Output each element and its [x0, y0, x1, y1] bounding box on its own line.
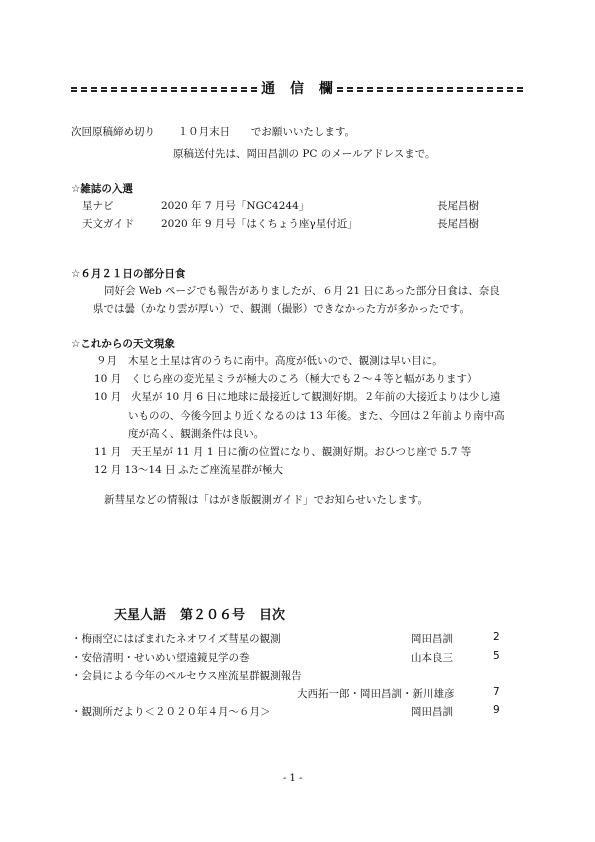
deadline-text: でお願いいたします。 — [251, 126, 355, 138]
submission-address-line: 原稿送付先は、岡田昌訓の PC のメールアドレスまで。 — [173, 147, 436, 161]
magazine-item-0-author: 長尾昌樹 — [437, 199, 479, 213]
phenomenon-1-text: くじら座の変光星ミラが極大のころ（極大でも２～４等と幅があります） — [131, 372, 478, 386]
toc-title-issue: 第２０６号 — [180, 608, 245, 623]
toc-item-3-author: 岡田昌訓 — [411, 704, 453, 719]
magazine-item-1-author: 長尾昌樹 — [437, 217, 479, 231]
magazine-item-0-name: 星ナビ — [82, 199, 114, 213]
section-title: 通 信 欄 — [257, 80, 338, 98]
eclipse-heading: ☆６月２１日の部分日食 — [71, 266, 185, 281]
toc-item-3-title: ・観測所だより＜２０２０年４月～６月＞ — [71, 704, 271, 719]
magazine-heading: ☆雑誌の入選 — [71, 181, 133, 196]
phenomenon-0-text: 木星と土星は宵のうちに南中。高度が低いので、観測は早い目に。 — [128, 354, 443, 368]
phenomenon-2-text-line-2: いものの、今後今回より近くなるのは 13 年後。また、今回は２年前より南中高 — [128, 409, 505, 423]
toc-title-publication: 天星人語 — [114, 608, 166, 623]
phenomenon-3-month: 11 月 — [94, 445, 121, 459]
toc-item-0-title: ・梅雨空にはばまれたネオワイズ彗星の観測 — [71, 631, 281, 646]
toc-item-0-author: 岡田昌訓 — [411, 631, 453, 646]
deadline-label: 次回原稿締め切り — [71, 126, 155, 138]
magazine-item-1-issue: 2020 年 9 月号「はくちょう座γ星付近」 — [161, 217, 358, 231]
toc-title-contents: 目次 — [259, 608, 285, 623]
phenomenon-2-text-line-1: 火星が 10 月 6 日に地球に最接近して観測好期。２年前の大接近よりは少し遠 — [131, 390, 500, 404]
toc-title: 天星人語第２０６号目次 — [114, 604, 285, 623]
toc-item-3-page: 9 — [493, 704, 500, 716]
magazine-item-0-issue: 2020 年 7 月号「NGC4244」 — [161, 199, 309, 213]
eclipse-paragraph-line-2: 県では曇（かなり雲が厚い）で、観測（撮影）できなかった方が多かったです。 — [93, 302, 470, 316]
phenomenon-4-month: 12 月 13～14 日 — [94, 463, 176, 477]
separator-line-right — [337, 87, 523, 92]
phenomenon-1-month: 10 月 — [94, 372, 121, 386]
phenomenon-0-month: ９月 — [96, 354, 117, 368]
toc-item-2-page: 7 — [493, 686, 500, 698]
phenomena-heading: ☆これからの天文現象 — [71, 336, 175, 351]
toc-item-2-author: 大西拓一郎・岡田昌訓・新川雄彦 — [297, 686, 455, 701]
deadline-date: １０月末日 — [178, 126, 231, 138]
toc-item-1-author: 山本良三 — [411, 650, 453, 665]
toc-item-1-title: ・安倍清明・せいめい望遠鏡見学の巻 — [71, 650, 250, 665]
phenomenon-4-text: ふたご座流星群が極大 — [178, 463, 283, 477]
phenomenon-2-month: 10 月 — [94, 390, 121, 404]
toc-item-2-title: ・会員による今年のペルセウス座流星群観測報告 — [71, 668, 302, 683]
magazine-item-1-name: 天文ガイド — [82, 217, 134, 231]
page-number: - 1 - — [283, 773, 302, 784]
eclipse-paragraph-line-1: 同好会 Web ページでも報告がありましたが、６月 21 日にあった部分日食は、… — [104, 284, 500, 298]
separator-line-left — [71, 87, 257, 92]
phenomena-note: 新彗星などの情報は「はがき版観測ガイド」でお知らせいたします。 — [104, 493, 428, 507]
toc-item-1-page: 5 — [493, 650, 500, 662]
phenomenon-2-text-line-3: 度が高く、観測条件は良い。 — [128, 427, 264, 441]
deadline-line: 次回原稿締め切り １０月末日 でお願いいたします。 — [71, 125, 355, 139]
toc-item-0-page: 2 — [493, 631, 500, 643]
phenomenon-3-text: 天王星が 11 月 1 日に衝の位置になり、観測好期。おひつじ座で 5.7 等 — [131, 445, 471, 459]
section-separator: 通 信 欄 — [71, 80, 523, 98]
